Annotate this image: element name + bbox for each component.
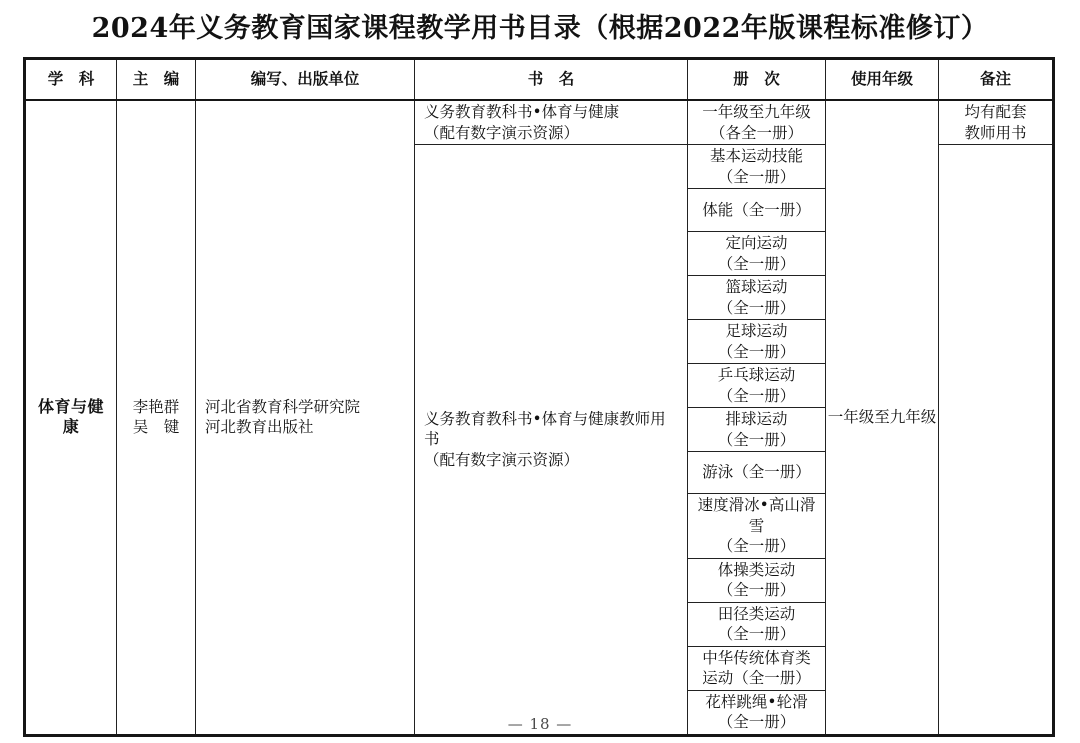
volume-cell: 中华传统体育类 运动（全一册） [688, 646, 826, 690]
volume-cell: 一年级至九年级 （各全一册） [688, 100, 826, 145]
publisher-cell: 河北省教育科学研究院 河北教育出版社 [196, 100, 415, 735]
header-volume: 册 次 [688, 59, 826, 101]
volume-cell: 篮球运动 （全一册） [688, 276, 826, 320]
page-title: 2024年义务教育国家课程教学用书目录（根据2022年版课程标准修订） [0, 13, 1080, 45]
volume-cell: 排球运动 （全一册） [688, 408, 826, 452]
volume-cell: 游泳（全一册） [688, 452, 826, 494]
volume-cell: 体能（全一册） [688, 189, 826, 232]
remark-empty-cell [939, 145, 1054, 736]
volume-cell: 基本运动技能 （全一册） [688, 145, 826, 189]
volume-cell: 速度滑冰•高山滑雪 （全一册） [688, 494, 826, 559]
volume-cell: 定向运动 （全一册） [688, 232, 826, 276]
subject-cell: 体育与健康 [25, 100, 117, 735]
document-page: 2024年义务教育国家课程教学用书目录（根据2022年版课程标准修订） 学 科 … [0, 0, 1080, 743]
page-number: — 18 — [0, 715, 1080, 733]
header-chief-editor: 主 编 [117, 59, 196, 101]
volume-cell: 足球运动 （全一册） [688, 320, 826, 364]
chief-editors-cell: 李艳群 吴 键 [117, 100, 196, 735]
header-publisher: 编写、出版单位 [196, 59, 415, 101]
grade-cell: 一年级至九年级 [826, 100, 939, 735]
header-subject: 学 科 [25, 59, 117, 101]
book-name-cell: 义务教育教科书•体育与健康教师用书 （配有数字演示资源） [415, 145, 688, 736]
remark-cell: 均有配套 教师用书 [939, 100, 1054, 145]
volume-cell: 体操类运动 （全一册） [688, 558, 826, 602]
header-remark: 备注 [939, 59, 1054, 101]
table-row: 体育与健康 李艳群 吴 键 河北省教育科学研究院 河北教育出版社 义务教育教科书… [25, 100, 1054, 145]
volume-cell: 田径类运动 （全一册） [688, 602, 826, 646]
header-grade: 使用年级 [826, 59, 939, 101]
volume-cell: 乒乓球运动 （全一册） [688, 364, 826, 408]
textbook-catalog-table: 学 科 主 编 编写、出版单位 书 名 册 次 使用年级 备注 体育与健康 李艳… [23, 57, 1055, 737]
header-book-name: 书 名 [415, 59, 688, 101]
header-row: 学 科 主 编 编写、出版单位 书 名 册 次 使用年级 备注 [25, 59, 1054, 101]
book-name-cell: 义务教育教科书•体育与健康 （配有数字演示资源） [415, 100, 688, 145]
